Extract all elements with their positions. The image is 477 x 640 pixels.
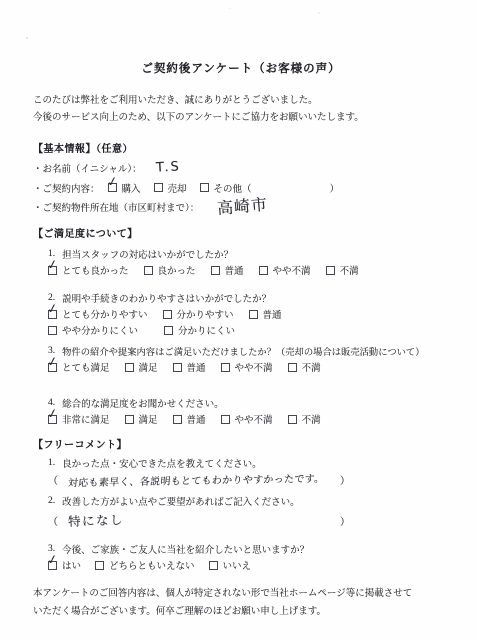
intro-paragraph: このたびは弊社をご利用いただき、誠にありがとうございました。 今後のサービス向上… (33, 93, 449, 127)
survey-option: 不満 (326, 263, 359, 277)
survey-option: ✓とても良かった (48, 263, 129, 277)
handwritten-comment-2: 特になし (68, 510, 125, 530)
handwritten-check-mark: ✓ (46, 355, 59, 370)
footer-line-1: 本アンケートのご回答内容は、個人が特定されない形で当社ホームページ等に掲載させて (33, 586, 449, 604)
checkbox-checked: ✓ (48, 363, 57, 372)
checkbox-unchecked (164, 326, 173, 335)
contract-type-label: ・ご契約内容： (33, 181, 100, 195)
survey-option: 売却 (154, 181, 187, 195)
question-3: 3. 物件の紹介や提案内容はご満足いただけましたか？（売却の場合は販売活動につい… (48, 344, 449, 358)
option-label: やや不満 (235, 360, 273, 374)
question-text: 改善した方がよい点やご要望があればご記入ください。 (62, 494, 300, 508)
checkbox-checked: ✓ (48, 310, 57, 319)
checkbox-checked: ✓ (48, 266, 57, 275)
survey-option: 普通 (173, 360, 206, 374)
question-4: 4. 総合的な満足度をお聞かせください。 (48, 396, 449, 410)
option-label: 不満 (302, 360, 321, 374)
question-1: 1. 担当スタッフの対応はいかがでしたか？ (48, 247, 449, 261)
option-label: 普通 (187, 360, 206, 374)
survey-option: やや不満 (259, 263, 311, 277)
question-number: 1. (48, 458, 55, 468)
checkbox-unchecked (288, 415, 297, 424)
checkbox-unchecked (200, 183, 209, 192)
survey-option: 分かりにくい (164, 323, 235, 337)
survey-option: やや分かりにくい (48, 323, 138, 337)
survey-option: いいえ (209, 558, 252, 572)
survey-option: 普通 (249, 307, 282, 321)
handwritten-city: 高崎市 (216, 191, 269, 218)
survey-scan-page: ご契約後アンケート（お客様の声） このたびは弊社をご利用いただき、誠にありがとう… (0, 0, 477, 640)
checkbox-unchecked (209, 561, 218, 570)
handwritten-comment-1: 対応も素早く、各説明もとてもわかりやすかったです。 (67, 469, 325, 488)
other-close-paren: ） (330, 181, 340, 195)
option-label: 分かりやすい (177, 307, 234, 321)
close-paren: ） (340, 513, 350, 528)
option-label: 不満 (302, 412, 321, 426)
question-text: 良かった点・安心できた点を教えてください。 (62, 456, 262, 470)
page-title: ご契約後アンケート（お客様の声） (33, 60, 449, 76)
name-label: ・お名前（イニシャル）： (33, 161, 142, 175)
option-label: いいえ (223, 558, 252, 572)
question-text: 担当スタッフの対応はいかがでしたか？ (62, 247, 233, 261)
survey-option: やや不満 (221, 412, 273, 426)
option-label: とても分かりやすい (62, 307, 148, 321)
property-location-label: ・ご契約物件所在地（市区町村まで）： (33, 200, 199, 214)
survey-option: どちらともいえない (95, 558, 195, 572)
free-comment-heading: 【フリーコメント】 (33, 436, 449, 451)
checkbox-unchecked (211, 266, 220, 275)
survey-option: やや不満 (221, 360, 273, 374)
contract-type-row: ・ご契約内容： ✓購入売却その他（ ） (33, 180, 449, 195)
checkbox-unchecked (95, 561, 104, 570)
option-label: 満足 (139, 412, 158, 426)
handwritten-check-mark: ✓ (46, 258, 59, 273)
survey-option: 満足 (125, 360, 158, 374)
handwritten-check-mark: ✓ (46, 302, 59, 317)
question-number: 2. (48, 496, 55, 506)
scan-speck (228, 8, 231, 9)
checkbox-unchecked (48, 326, 57, 335)
option-label: 分かりにくい (178, 323, 235, 337)
option-label: 普通 (263, 307, 282, 321)
survey-option: 普通 (173, 412, 206, 426)
footer-line-2: いただく場合がございます。何卒ご理解のほどお願い申し上げます。 (33, 604, 449, 622)
handwritten-check-mark: ✓ (105, 175, 118, 190)
survey-option: 不満 (288, 412, 321, 426)
option-label: 非常に満足 (62, 412, 110, 426)
free-comment-3: 3. 今後、ご家族・ご友人に当社を紹介したいと思いますか？ (48, 542, 449, 556)
intro-line-2: 今後のサービス向上のため、以下のアンケートにご協力をお願いいたします。 (33, 110, 449, 127)
handwritten-name-initials: T.S (155, 159, 181, 175)
checkbox-checked: ✓ (48, 415, 57, 424)
question-2-options-row1: ✓とても分かりやすい分かりやすい普通 (48, 307, 449, 321)
option-label: 購入 (122, 181, 141, 195)
option-label: とても満足 (62, 360, 110, 374)
option-label: 普通 (225, 263, 244, 277)
handwritten-check-mark: ✓ (46, 407, 59, 422)
free-comment-1-answer-row: （ 対応も素早く、各説明もとてもわかりやすかったです。 ） (48, 470, 350, 488)
free-comment-2-answer-row: （ 特になし ） (48, 510, 350, 530)
satisfaction-heading: 【ご満足度について】 (33, 225, 449, 240)
question-text: 総合的な満足度をお聞かせください。 (62, 396, 224, 410)
question-2: 2. 説明や手続きのわかりやすさはいかがでしたか？ (48, 291, 449, 305)
close-paren: ） (340, 472, 350, 487)
option-label: やや不満 (273, 263, 311, 277)
free-comment-2: 2. 改善した方がよい点やご要望があればご記入ください。 (48, 494, 449, 508)
free-comment-1: 1. 良かった点・安心できた点を教えてください。 (48, 456, 449, 470)
option-label: 売却 (168, 181, 187, 195)
checkbox-checked: ✓ (108, 183, 117, 192)
question-text: 物件の紹介や提案内容はご満足いただけましたか？（売却の場合は販売活動について） (62, 344, 424, 358)
option-label: はい (62, 558, 81, 572)
survey-option: ✓はい (48, 558, 81, 572)
checkbox-unchecked (125, 363, 134, 372)
question-text: 今後、ご家族・ご友人に当社を紹介したいと思いますか？ (62, 542, 309, 556)
option-label: とても良かった (62, 263, 129, 277)
checkbox-unchecked (154, 183, 163, 192)
survey-option: ✓購入 (108, 181, 141, 195)
survey-option: 満足 (125, 412, 158, 426)
survey-option: ✓とても満足 (48, 360, 110, 374)
survey-option: 良かった (144, 263, 196, 277)
scan-speck (26, 37, 28, 39)
checkbox-unchecked (125, 415, 134, 424)
option-label: 普通 (187, 412, 206, 426)
option-label: 不満 (340, 263, 359, 277)
question-text: 説明や手続きのわかりやすさはいかがでしたか？ (62, 291, 271, 305)
checkbox-unchecked (221, 415, 230, 424)
survey-option: 分かりやすい (163, 307, 234, 321)
checkbox-unchecked (144, 266, 153, 275)
survey-option: ✓非常に満足 (48, 412, 110, 426)
checkbox-checked: ✓ (48, 561, 57, 570)
survey-option: その他（ (200, 181, 252, 195)
survey-option: 普通 (211, 263, 244, 277)
question-1-options: ✓とても良かった良かった普通やや不満不満 (48, 263, 449, 277)
checkbox-unchecked (326, 266, 335, 275)
checkbox-unchecked (249, 310, 258, 319)
intro-line-1: このたびは弊社をご利用いただき、誠にありがとうございました。 (33, 93, 449, 110)
free-comment-3-options: ✓はいどちらともいえないいいえ (48, 558, 449, 572)
option-label: どちらともいえない (109, 558, 195, 572)
handwritten-check-mark: ✓ (46, 553, 59, 568)
name-row: ・お名前（イニシャル）： T.S (33, 160, 449, 175)
scan-speck (318, 12, 320, 14)
checkbox-unchecked (259, 266, 268, 275)
checkbox-unchecked (288, 363, 297, 372)
checkbox-unchecked (221, 363, 230, 372)
survey-option: ✓とても分かりやすい (48, 307, 148, 321)
survey-option: 不満 (288, 360, 321, 374)
checkbox-unchecked (173, 363, 182, 372)
question-3-options: ✓とても満足満足普通やや不満不満 (48, 360, 449, 374)
checkbox-unchecked (163, 310, 172, 319)
contract-type-options: ✓購入売却その他（ (108, 181, 252, 195)
open-paren: （ (48, 513, 58, 528)
question-4-options: ✓非常に満足満足普通やや不満不満 (48, 412, 449, 426)
option-label: 良かった (158, 263, 196, 277)
question-2-options-row2: やや分かりにくい分かりにくい (48, 323, 449, 337)
option-label: やや不満 (235, 412, 273, 426)
option-label: 満足 (139, 360, 158, 374)
basic-info-heading: 【基本情報】（任意） (33, 140, 449, 155)
property-location-row: ・ご契約物件所在地（市区町村まで）： 高崎市 (33, 195, 449, 219)
option-label: やや分かりにくい (62, 323, 138, 337)
checkbox-unchecked (173, 415, 182, 424)
open-paren: （ (48, 472, 58, 487)
footer-note: 本アンケートのご回答内容は、個人が特定されない形で当社ホームページ等に掲載させて… (33, 586, 449, 621)
